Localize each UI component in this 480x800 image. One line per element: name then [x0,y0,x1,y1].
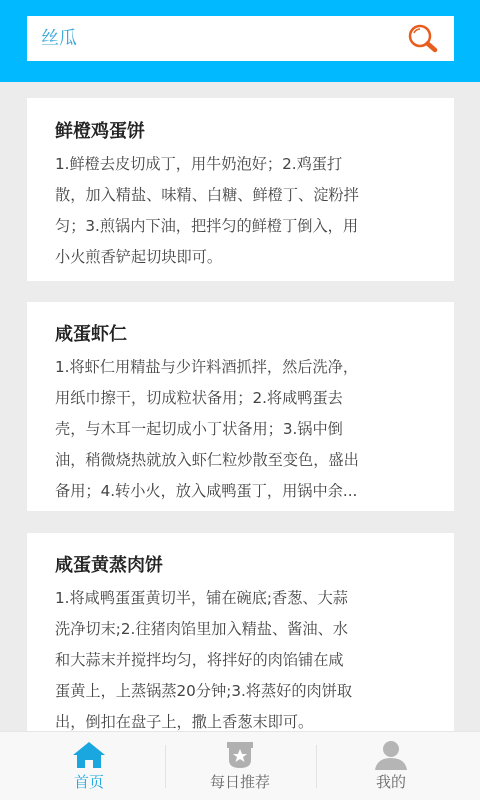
header-bar: 丝瓜 [0,0,480,82]
tab-label: 我的 [311,772,471,792]
search-box[interactable]: 丝瓜 [27,16,454,61]
description-line: 1.将虾仁用精盐与少许料酒抓拌，然后洗净， [55,352,430,383]
description-line: 1.鲜橙去皮切成丁，用牛奶泡好；2.鸡蛋打 [55,149,430,180]
description-line: 匀；3.煎锅内下油，把拌匀的鲜橙丁倒入，用 [55,211,430,242]
description-line: 和大蒜末并搅拌均匀，将拌好的肉馅铺在咸 [55,645,430,676]
tab-mine[interactable]: 我的 [311,732,471,800]
search-input[interactable]: 丝瓜 [41,27,77,51]
recipe-card[interactable]: 咸蛋虾仁 1.将虾仁用精盐与少许料酒抓拌，然后洗净， 用纸巾擦干，切成粒状备用；… [27,302,454,511]
recipe-description: 1.将咸鸭蛋蛋黄切半，铺在碗底;香葱、大蒜 洗净切末;2.往猪肉馅里加入精盐、酱… [55,583,430,738]
recipe-card[interactable]: 咸蛋黄蒸肉饼 1.将咸鸭蛋蛋黄切半，铺在碗底;香葱、大蒜 洗净切末;2.往猪肉馅… [27,533,454,743]
recipe-card[interactable]: 鲜橙鸡蛋饼 1.鲜橙去皮切成丁，用牛奶泡好；2.鸡蛋打 散，加入精盐、味精、白糖… [27,98,454,281]
user-icon [373,740,409,770]
recipe-title: 鲜橙鸡蛋饼 [55,120,145,144]
tab-label: 首页 [9,772,169,792]
tab-label: 每日推荐 [160,772,320,792]
recipe-description: 1.鲜橙去皮切成丁，用牛奶泡好；2.鸡蛋打 散，加入精盐、味精、白糖、鲜橙丁、淀… [55,149,430,273]
description-line: 备用；4.转小火，放入咸鸭蛋丁，用锅中余... [55,476,430,507]
home-icon [71,740,107,770]
tab-daily-recommend[interactable]: 每日推荐 [160,732,320,800]
tab-home[interactable]: 首页 [9,732,169,800]
star-badge-icon [222,740,258,770]
recipe-title: 咸蛋黄蒸肉饼 [55,554,163,578]
description-line: 用纸巾擦干，切成粒状备用；2.将咸鸭蛋去 [55,383,430,414]
description-line: 散，加入精盐、味精、白糖、鲜橙丁、淀粉拌 [55,180,430,211]
description-line: 1.将咸鸭蛋蛋黄切半，铺在碗底;香葱、大蒜 [55,583,430,614]
recipe-title: 咸蛋虾仁 [55,323,127,347]
description-line: 壳，与木耳一起切成小丁状备用；3.锅中倒 [55,414,430,445]
search-icon[interactable] [406,23,440,53]
bottom-tab-bar: 首页 每日推荐 我的 [0,731,480,800]
description-line: 小火煎香铲起切块即可。 [55,242,430,273]
description-line: 蛋黄上，上蒸锅蒸20分钟;3.将蒸好的肉饼取 [55,676,430,707]
description-line: 油，稍微烧热就放入虾仁粒炒散至变色，盛出 [55,445,430,476]
description-line: 洗净切末;2.往猪肉馅里加入精盐、酱油、水 [55,614,430,645]
recipe-description: 1.将虾仁用精盐与少许料酒抓拌，然后洗净， 用纸巾擦干，切成粒状备用；2.将咸鸭… [55,352,430,507]
